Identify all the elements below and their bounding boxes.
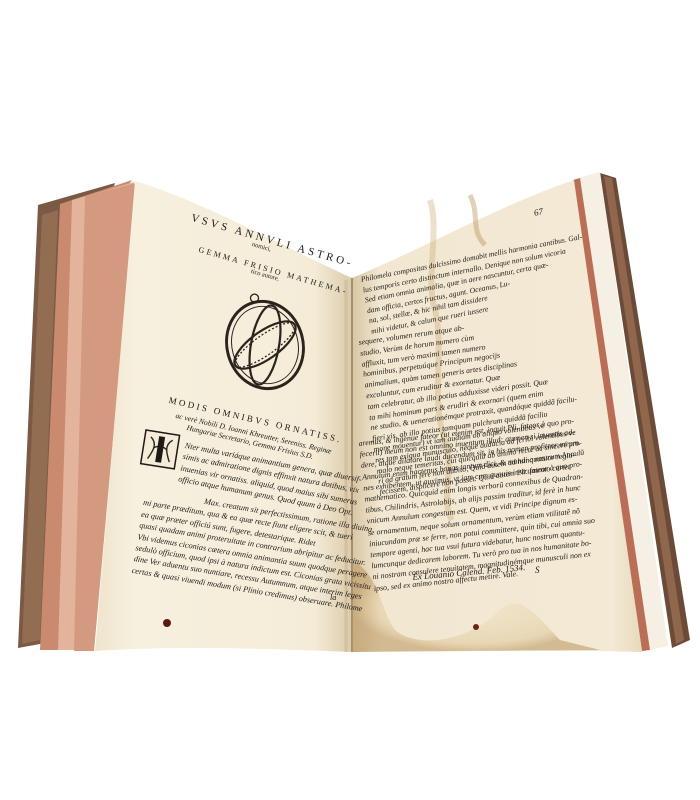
decorative-initial-frame	[141, 430, 180, 469]
photo-scene: VSVS ANNVLI ASTRO- nomici, GEMMA FRISIO …	[0, 0, 700, 800]
open-book-illustration	[0, 0, 700, 800]
catchword: la	[330, 592, 336, 603]
page-number: 67	[533, 206, 544, 218]
signature-mark: S	[535, 565, 540, 575]
